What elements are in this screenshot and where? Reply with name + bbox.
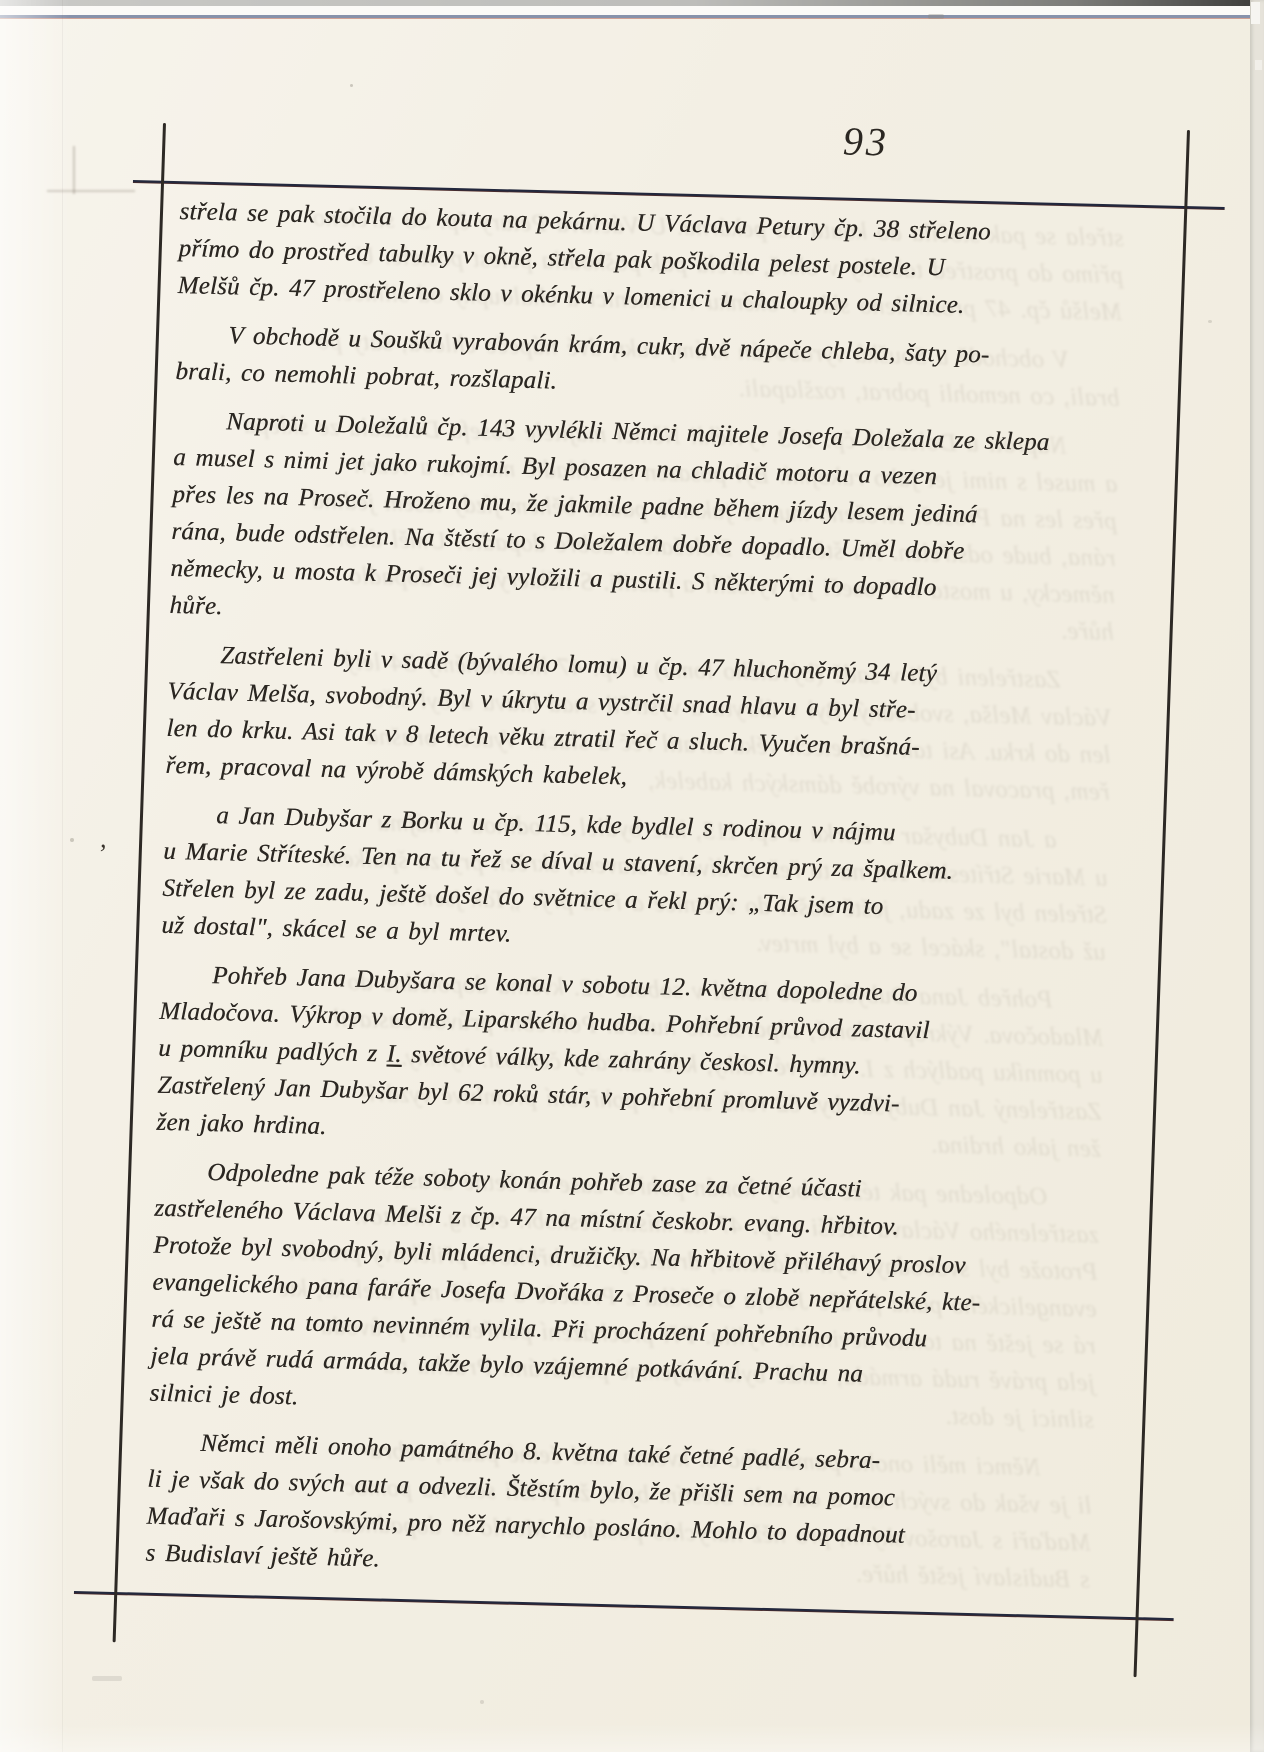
paragraph: Zastřeleni byli v sadě (bývalého lomu) u… bbox=[165, 636, 1103, 808]
paragraph: Naproti u Doležalů čp. 143 vyvlékli Němc… bbox=[169, 402, 1109, 648]
scanned-chronicle-page: střela se pak stočila do kouta na pekárn… bbox=[0, 0, 1264, 1752]
paragraph: Pohřeb Jana Dubyšara se konal v sobotu 1… bbox=[156, 956, 1095, 1165]
bleedthrough-rule-horizontal bbox=[47, 190, 135, 192]
bleedthrough-rule-vertical bbox=[73, 146, 75, 194]
dust-smudge bbox=[92, 1676, 122, 1681]
paragraph: Němci měli onoho památného 8. května tak… bbox=[145, 1424, 1083, 1596]
right-margin-rule bbox=[1134, 130, 1190, 1677]
handwriting-block: střela se pak stočila do kouta na pekárn… bbox=[145, 193, 1115, 1595]
page-fold-line bbox=[62, 0, 63, 1752]
paragraph: a Jan Dubyšar z Borku u čp. 115, kde byd… bbox=[161, 796, 1099, 968]
scanner-edge-top-white bbox=[0, 6, 1264, 15]
dust-speck bbox=[480, 1700, 484, 1704]
scanner-edge-top-fringe bbox=[0, 18, 1264, 19]
dust-speck bbox=[1208, 320, 1212, 323]
dust-smudge bbox=[928, 14, 944, 19]
paragraph: V obchodě u Soušků vyrabován krám, cukr,… bbox=[175, 316, 1112, 414]
paragraph: střela se pak stočila do kouta na pekárn… bbox=[177, 193, 1115, 328]
scanner-edge-right bbox=[1250, 0, 1264, 1752]
ink-speck bbox=[350, 84, 353, 87]
scanner-edge-mark bbox=[1251, 2, 1260, 24]
paragraph: Odpoledne pak téže soboty konán pohřeb z… bbox=[149, 1153, 1090, 1436]
page-number: 93 bbox=[842, 117, 889, 165]
page-bottom-shading bbox=[0, 1724, 1264, 1752]
margin-ink-mark: , bbox=[100, 824, 107, 854]
scanner-edge-mark bbox=[1255, 60, 1262, 70]
ink-speck bbox=[70, 838, 74, 842]
page-left-shading bbox=[0, 0, 70, 1752]
